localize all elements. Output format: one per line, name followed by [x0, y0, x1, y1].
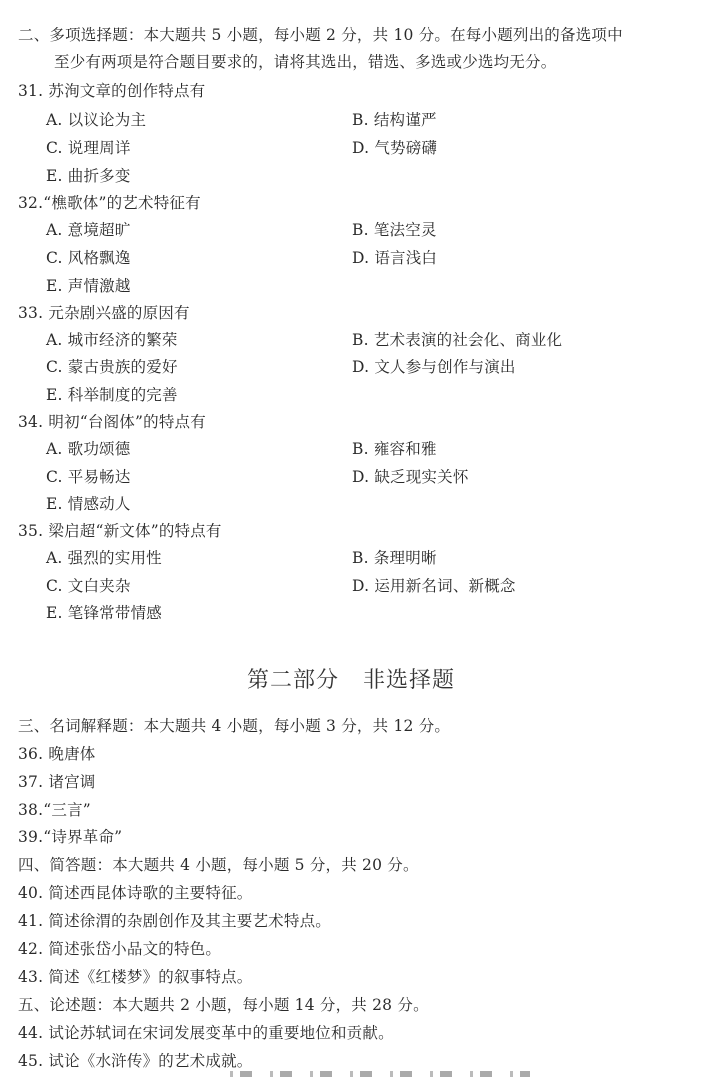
part2-title: 第二部分非选择题 — [0, 663, 702, 694]
question-42: 42. 简述张岱小品文的特色。 — [18, 939, 221, 959]
option-34c: C. 平易畅达 — [46, 467, 131, 487]
question-35: 35. 梁启超“新文体”的特点有 — [18, 521, 222, 541]
option-33e: E. 科举制度的完善 — [46, 385, 178, 405]
option-32c: C. 风格飘逸 — [46, 248, 131, 268]
question-31: 31. 苏洵文章的创作特点有 — [18, 81, 205, 101]
option-34d: D. 缺乏现实关怀 — [352, 467, 469, 487]
option-35a: A. 强烈的实用性 — [46, 548, 162, 568]
option-33a: A. 城市经济的繁荣 — [46, 330, 178, 350]
option-33c: C. 蒙古贵族的爱好 — [46, 357, 178, 377]
option-32b: B. 笔法空灵 — [352, 220, 437, 240]
option-35b: B. 条理明晰 — [352, 548, 437, 568]
question-44: 44. 试论苏轼词在宋词发展变革中的重要地位和贡献。 — [18, 1023, 394, 1043]
exam-page: 二、多项选择题：本大题共 5 小题，每小题 2 分，共 10 分。在每小题列出的… — [0, 0, 702, 1077]
section5-header: 五、论述题：本大题共 2 小题，每小题 14 分，共 28 分。 — [18, 995, 429, 1015]
question-32: 32.“樵歌体”的艺术特征有 — [18, 193, 201, 213]
option-32e: E. 声情激越 — [46, 276, 131, 296]
option-34a: A. 歌功颂德 — [46, 439, 130, 459]
section4-header: 四、简答题：本大题共 4 小题，每小题 5 分，共 20 分。 — [18, 855, 419, 875]
section3-header: 三、名词解释题：本大题共 4 小题，每小题 3 分，共 12 分。 — [18, 716, 450, 736]
part2-title-right: 非选择题 — [363, 668, 455, 693]
option-31b: B. 结构谨严 — [352, 110, 437, 130]
option-31e: E. 曲折多变 — [46, 166, 131, 186]
option-35d: D. 运用新名词、新概念 — [352, 576, 516, 596]
option-33b: B. 艺术表演的社会化、商业化 — [352, 330, 562, 350]
question-36: 36. 晚唐体 — [18, 744, 95, 764]
question-41: 41. 简述徐渭的杂剧创作及其主要艺术特点。 — [18, 911, 331, 931]
option-34e: E. 情感动人 — [46, 494, 131, 514]
question-39: 39.“诗界革命” — [18, 827, 122, 847]
option-31d: D. 气势磅礴 — [352, 138, 437, 158]
question-43: 43. 简述《红楼梦》的叙事特点。 — [18, 967, 252, 987]
cutoff-footer-line — [230, 1071, 530, 1077]
option-32a: A. 意境超旷 — [46, 220, 130, 240]
section2-header: 二、多项选择题：本大题共 5 小题，每小题 2 分，共 10 分。在每小题列出的… — [18, 25, 623, 45]
part2-title-left: 第二部分 — [247, 668, 339, 693]
question-33: 33. 元杂剧兴盛的原因有 — [18, 303, 190, 323]
option-32d: D. 语言浅白 — [352, 248, 437, 268]
question-38: 38.“三言” — [18, 800, 91, 820]
question-40: 40. 简述西昆体诗歌的主要特征。 — [18, 883, 252, 903]
option-35e: E. 笔锋常带情感 — [46, 603, 162, 623]
option-35c: C. 文白夹杂 — [46, 576, 131, 596]
option-31a: A. 以议论为主 — [46, 110, 146, 130]
question-37: 37. 诸宫调 — [18, 772, 95, 792]
option-31c: C. 说理周详 — [46, 138, 131, 158]
option-34b: B. 雍容和雅 — [352, 439, 437, 459]
question-34: 34. 明初“台阁体”的特点有 — [18, 412, 206, 432]
option-33d: D. 文人参与创作与演出 — [352, 357, 516, 377]
question-45: 45. 试论《水浒传》的艺术成就。 — [18, 1051, 252, 1071]
section2-header-cont: 至少有两项是符合题目要求的，请将其选出，错选、多选或少选均无分。 — [54, 52, 556, 72]
